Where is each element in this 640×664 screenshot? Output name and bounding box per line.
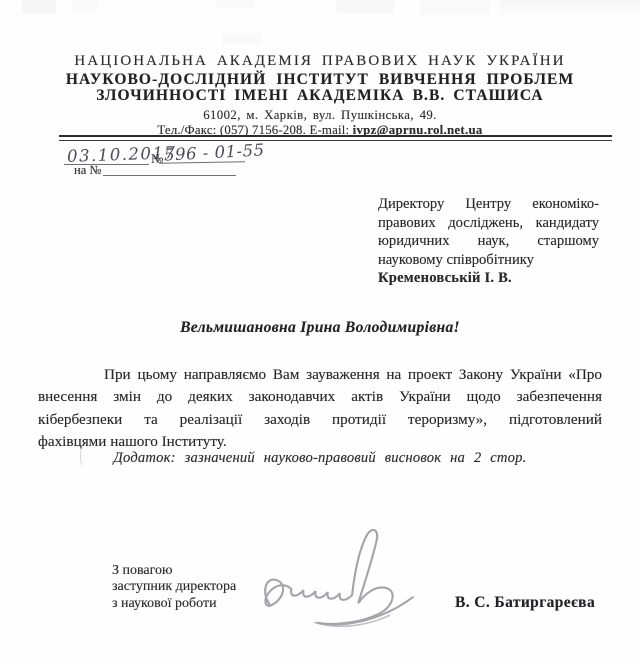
- recipient-name: Кременовській І. В.: [378, 269, 599, 288]
- recipient-block: Директору Центру економіко- правових дос…: [378, 195, 599, 288]
- salutation: Вельмишановна Ірина Володимирівна!: [0, 319, 640, 337]
- scan-artifact: [336, 0, 394, 13]
- scanned-letter-page: НАЦІОНАЛЬНА АКАДЕМІЯ ПРАВОВИХ НАУК УКРАЇ…: [0, 0, 640, 664]
- body-paragraph: При цьому направляємо Вам зауваження на …: [38, 364, 602, 454]
- scan-artifact: [420, 0, 490, 15]
- scan-artifact: [216, 0, 254, 9]
- closing-phrase: З повагою: [112, 563, 236, 579]
- number-sign: №: [151, 151, 163, 167]
- letterhead-institute-line2: ЗЛОЧИННОСТІ ІМЕНІ АКАДЕМІКА В.В. СТАШИСА: [0, 87, 640, 105]
- number-blank-line: [159, 161, 245, 164]
- body-line: При цьому направляємо Вам зауваження на …: [38, 364, 602, 386]
- body-line: внесення змін до деяких законодавчих акт…: [38, 386, 602, 408]
- attachment-note: Додаток: зазначений науково-правовий вис…: [0, 450, 640, 467]
- reply-number-blank-line: [103, 175, 236, 176]
- letterhead-divider-rule: [59, 135, 612, 141]
- scan-artifact: [22, 0, 56, 13]
- recipient-line: юридичних наук, старшому: [378, 232, 599, 251]
- letterhead-address: 61002, м. Харків, вул. Пушкінська, 49.: [0, 108, 640, 123]
- signature-closing-block: З повагою заступник директора з наукової…: [112, 563, 236, 612]
- letterhead-academy-name: НАЦІОНАЛЬНА АКАДЕМІЯ ПРАВОВИХ НАУК УКРАЇ…: [0, 53, 640, 70]
- recipient-line: правових досліджень, кандидату: [378, 214, 599, 233]
- reply-to-number-label: на №: [74, 163, 101, 178]
- scan-artifact: [500, 0, 640, 18]
- signer-name: В. С. Батиргареєва: [455, 594, 625, 612]
- signer-title-line2: з наукової роботи: [112, 596, 236, 612]
- scan-artifact: [222, 33, 262, 44]
- scan-artifact: [72, 0, 98, 11]
- recipient-line: науковому співробітнику: [378, 251, 599, 270]
- body-line: кібербезпеки та реалізації заходів проти…: [38, 409, 602, 431]
- handwritten-signature-icon: [256, 524, 428, 638]
- signer-title-line1: заступник директора: [112, 579, 236, 595]
- recipient-line: Директору Центру економіко-: [378, 195, 599, 214]
